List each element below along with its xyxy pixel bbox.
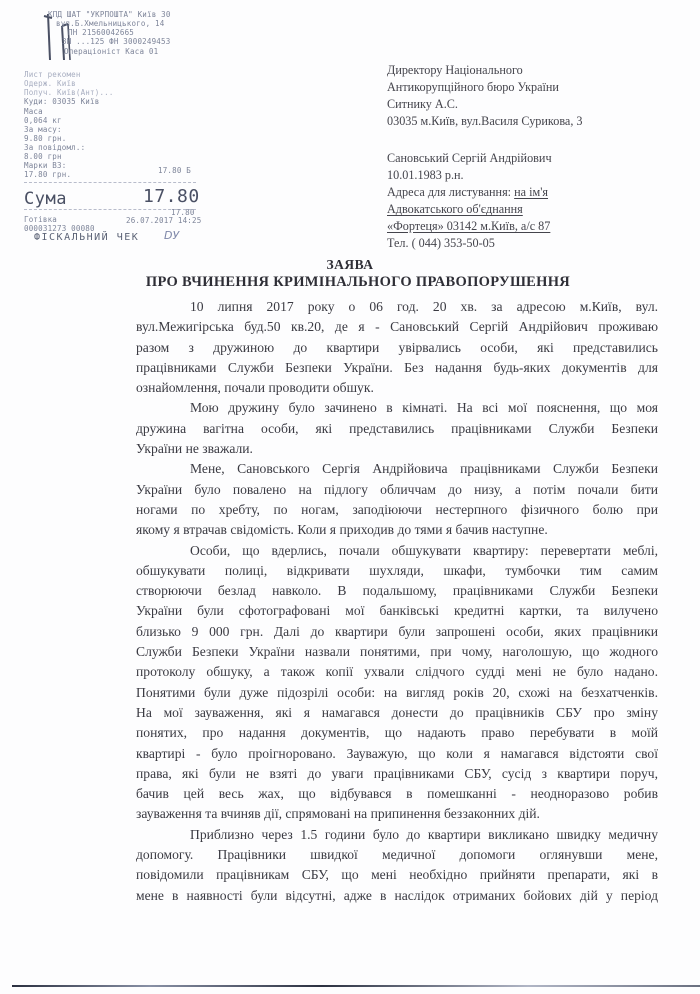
receipt-sum-value: 17.80 bbox=[143, 186, 200, 207]
document-subtitle: ПРО ВЧИНЕННЯ КРИМІНАЛЬНОГО ПРАВОПОРУШЕНН… bbox=[8, 274, 700, 291]
addressee-line: Директору Національного bbox=[387, 62, 583, 79]
body-line: разом з дружиною до квартири увірвались … bbox=[136, 338, 658, 358]
body-line: права, які були не взяті до уваги праців… bbox=[136, 764, 658, 784]
statement-body: 10 липня 2017 року о 06 год. 20 хв. за а… bbox=[136, 297, 658, 906]
body-line: понятих, про надання документів, що нада… bbox=[136, 723, 658, 743]
receipt-item-line: Куди: 03035 Київ bbox=[24, 97, 99, 106]
body-line: допомогу. Працівники швидкої медичної до… bbox=[136, 845, 658, 865]
receipt-item-line: 0,064 кг bbox=[24, 116, 62, 125]
body-line: ногами по хребту, по ногам, заподіюючи н… bbox=[136, 500, 658, 520]
sender-block: Сановський Сергій Андрійович 10.01.1983 … bbox=[387, 150, 552, 252]
receipt-item-line: 17.80 грн. bbox=[24, 170, 71, 179]
body-line: ознайомлення, почали проводити обшук. bbox=[136, 378, 658, 398]
receipt-item-line: 8.00 грн bbox=[24, 152, 62, 161]
addressee-line: Антикорупційного бюро України bbox=[387, 79, 583, 96]
body-line: України були сфотографовані мої банківсь… bbox=[136, 601, 658, 621]
receipt-handwritten-initials: DУ bbox=[164, 229, 179, 242]
receipt-fiscal-label: ФІСКАЛЬНИЙ ЧЕК bbox=[34, 232, 139, 243]
fiscal-receipt: КПД ШАТ "УКРПОШТА" Київ 30 вул.Б.Хмельни… bbox=[18, 0, 198, 220]
addressee-line: 03035 м.Київ, вул.Василя Сурикова, 3 bbox=[387, 113, 583, 130]
addressee-block: Директору Національного Антикорупційного… bbox=[387, 62, 583, 130]
sender-name: Сановський Сергій Андрійович bbox=[387, 150, 552, 167]
body-line: Особи, що вдерлись, почали обшукувати кв… bbox=[136, 541, 658, 561]
body-line: України було повалено на підлогу обличча… bbox=[136, 480, 658, 500]
sender-birth-date: 10.01.1983 р.н. bbox=[387, 167, 552, 184]
body-line: близько 9 000 грн. Далі до квартири були… bbox=[136, 622, 658, 642]
receipt-header-line: Операціоніст Каса 01 bbox=[64, 47, 158, 56]
receipt-header-line: КПД ШАТ "УКРПОШТА" Київ 30 bbox=[48, 10, 171, 19]
body-line: працівниками Служби Безпеки України. Без… bbox=[136, 358, 658, 378]
receipt-item-line: Одерж. Київ bbox=[24, 79, 76, 88]
receipt-item-line: За повідомл.: bbox=[24, 143, 85, 152]
document-title: ЗАЯВА bbox=[0, 257, 700, 273]
body-line: зауваження та вчиняв дії, спрямовані на … bbox=[136, 804, 658, 824]
scan-edge-line bbox=[12, 985, 700, 987]
body-line: повідомили працівникам СБУ, що мені необ… bbox=[136, 865, 658, 885]
mail-address-line1: на ім'я bbox=[514, 185, 548, 199]
body-line: бачив цей весь жах, що відбувався в поме… bbox=[136, 784, 658, 804]
receipt-item-line: Получ. Київ(Ант)... bbox=[24, 88, 114, 97]
body-line: Мою дружину було зачинено в кімнаті. На … bbox=[136, 398, 658, 418]
body-line: якому я втрачав свідомість. Коли я прихо… bbox=[136, 520, 658, 540]
body-line: обшукувати полиці, відкривати шухляди, ш… bbox=[136, 561, 658, 581]
receipt-payment-method: Готівка bbox=[24, 215, 57, 224]
mail-address-label: Адреса для листування: bbox=[387, 185, 511, 199]
body-line: Служби Безпеки України назвали понятими,… bbox=[136, 642, 658, 662]
mail-address-line2: Адвокатського об'єднання bbox=[387, 201, 552, 218]
body-line: На мої зауваження, які я намагався донес… bbox=[136, 703, 658, 723]
receipt-item-line: Лист рекомен bbox=[24, 70, 81, 79]
body-line: Мене, Сановського Сергія Андрійовича пра… bbox=[136, 459, 658, 479]
addressee-line: Ситнику А.С. bbox=[387, 96, 583, 113]
body-line: дружина вагітна особи, які представились… bbox=[136, 419, 658, 439]
receipt-sum-label: Сума bbox=[24, 189, 67, 209]
receipt-item-total: 17.80 Б bbox=[158, 166, 191, 175]
sender-mail-address: Адреса для листування: на ім'я bbox=[387, 184, 552, 201]
receipt-divider bbox=[24, 182, 196, 183]
sender-phone: Тел. ( 044) 353-50-05 bbox=[387, 235, 552, 252]
receipt-header-line: ПН 21560042665 bbox=[68, 28, 134, 37]
receipt-item-line: 9.80 грн. bbox=[24, 134, 66, 143]
body-line: Понятими були дуже підозрілі особи: на в… bbox=[136, 683, 658, 703]
receipt-header-line: вул.Б.Хмельницького, 14 bbox=[56, 19, 164, 28]
receipt-item-line: Марки ВЗ: bbox=[24, 161, 66, 170]
receipt-item-line: За масу: bbox=[24, 125, 62, 134]
body-line: квартирі - було проігноровано. Зауважую,… bbox=[136, 744, 658, 764]
body-line: вул.Межигірська буд.50 кв.20, де я - Сан… bbox=[136, 317, 658, 337]
receipt-item-line: Маса bbox=[24, 107, 43, 116]
body-line: Приблизно через 1.5 години було до кварт… bbox=[136, 825, 658, 845]
body-line: 10 липня 2017 року о 06 год. 20 хв. за а… bbox=[136, 297, 658, 317]
body-line: України не зважали. bbox=[136, 439, 658, 459]
body-line: мене в наявності були відсутні, адже в н… bbox=[136, 886, 658, 906]
mail-address-line3: «Фортеця» 03142 м.Київ, а/с 87 bbox=[387, 218, 552, 235]
body-line: протоколу обшуку, а також копії ухвали с… bbox=[136, 662, 658, 682]
body-line: створюючи безлад навколо. В подальшому, … bbox=[136, 581, 658, 601]
receipt-header-line: ЗН ...125 ФН 3000249453 bbox=[62, 37, 170, 46]
receipt-datetime: 26.07.2017 14:25 bbox=[126, 216, 201, 225]
